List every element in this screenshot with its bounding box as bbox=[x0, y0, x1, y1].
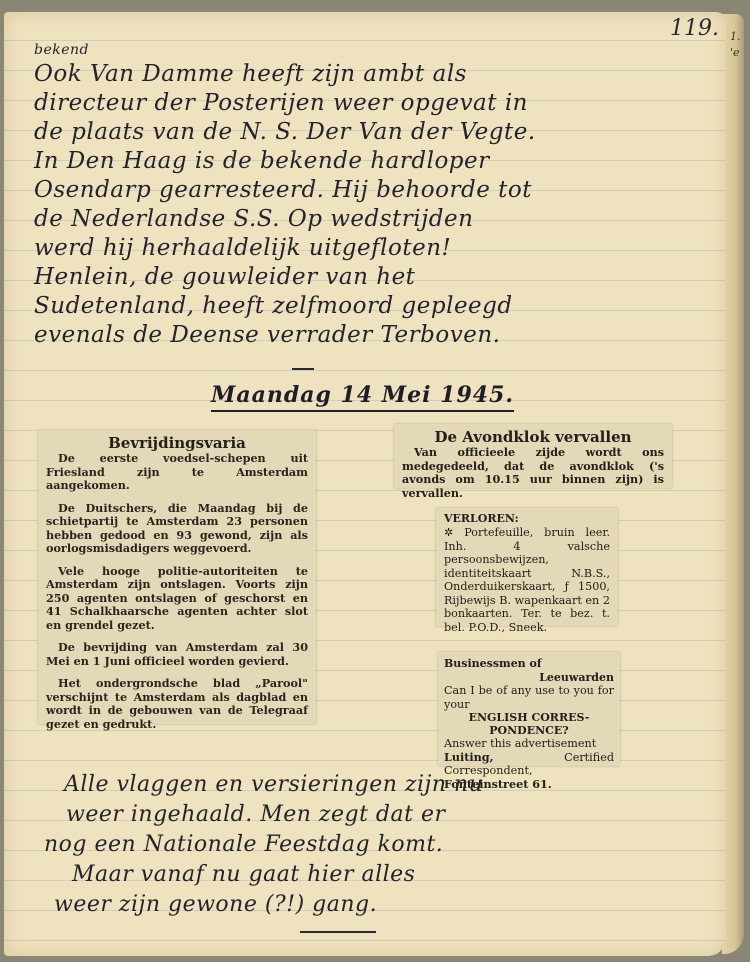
clipping-paragraph: De eerste voedsel-schepen uit Friesland … bbox=[46, 452, 308, 493]
ad-line: Businessmen of bbox=[444, 657, 614, 670]
handwritten-line: weer ingehaald. Men zegt dat er bbox=[66, 800, 446, 830]
handwritten-line: werd hij herhaaldelijk uitgefloten! bbox=[34, 234, 451, 263]
handwritten-line: Sudetenland, heeft zelfmoord gepleegd bbox=[34, 292, 513, 321]
clipping-verloren: VERLOREN: ✲ Portefeuille, bruin leer. In… bbox=[436, 508, 618, 626]
ad-line: Can I be of any use to you for your bbox=[444, 684, 614, 711]
ad-line: Answer this advertisement bbox=[444, 737, 614, 751]
ad-line: Leeuwarden bbox=[444, 671, 614, 684]
page-number: 119. bbox=[670, 16, 719, 41]
clipping-title: Bevrijdingsvaria bbox=[46, 434, 308, 452]
ad-line: ENGLISH CORRES- bbox=[444, 711, 614, 724]
separator-dash bbox=[292, 368, 314, 370]
clipping-heading: VERLOREN: bbox=[444, 512, 610, 525]
edge-mark: 'e bbox=[730, 46, 740, 59]
handwritten-line: In Den Haag is de bekende hardloper bbox=[34, 147, 490, 176]
clipping-text: Van officieele zijde wordt ons medegedee… bbox=[402, 446, 664, 500]
edge-mark: 1. bbox=[730, 30, 741, 43]
handwritten-line: de Nederlandse S.S. Op wedstrijden bbox=[34, 205, 473, 234]
handwritten-line: Henlein, de gouwleider van het bbox=[34, 263, 415, 292]
handwritten-line: Alle vlaggen en versieringen zijn nu bbox=[64, 770, 483, 800]
handwritten-line: Osendarp gearresteerd. Hij behoorde tot bbox=[34, 176, 532, 205]
handwritten-line: Ook Van Damme heeft zijn ambt als bbox=[34, 60, 467, 89]
clipping-avondklok: De Avondklok vervallen Van officieele zi… bbox=[394, 424, 672, 488]
clipping-paragraph: Het ondergrondsche blad „Parool" verschi… bbox=[46, 677, 308, 731]
separator-dash bbox=[300, 931, 376, 933]
clipping-paragraph: De Duitschers, die Maandag bij de schiet… bbox=[46, 502, 308, 556]
handwritten-line: de plaats van de N. S. Der Van der Vegte… bbox=[34, 118, 536, 147]
clipping-paragraph: Vele hooge politie-autoriteiten te Amste… bbox=[46, 565, 308, 633]
handwritten-line: weer zijn gewone (?!) gang. bbox=[54, 890, 377, 920]
handwritten-line: nog een Nationale Feestdag komt. bbox=[44, 830, 443, 860]
clipping-paragraph: De bevrijding van Amsterdam zal 30 Mei e… bbox=[46, 641, 308, 668]
date-heading: Maandag 14 Mei 1945. bbox=[211, 382, 514, 412]
handwritten-line: bekend bbox=[34, 42, 89, 58]
handwritten-line: Maar vanaf nu gaat hier alles bbox=[72, 860, 415, 890]
diary-page: 119. bekend Ook Van Damme heeft zijn amb… bbox=[4, 12, 726, 956]
clipping-text: ✲ Portefeuille, bruin leer. Inh. 4 valsc… bbox=[444, 526, 610, 634]
ad-name: Luiting, bbox=[444, 750, 494, 764]
clipping-title: De Avondklok vervallen bbox=[402, 428, 664, 446]
ad-line: PONDENCE? bbox=[444, 724, 614, 737]
handwritten-line: directeur der Posterijen weer opgevat in bbox=[34, 89, 528, 118]
clipping-english-correspondence: Businessmen of Leeuwarden Can I be of an… bbox=[438, 652, 620, 766]
handwritten-line: evenals de Deense verrader Terboven. bbox=[34, 321, 500, 350]
clipping-bevrijdingsvaria: Bevrijdingsvaria De eerste voedsel-schep… bbox=[38, 430, 316, 724]
